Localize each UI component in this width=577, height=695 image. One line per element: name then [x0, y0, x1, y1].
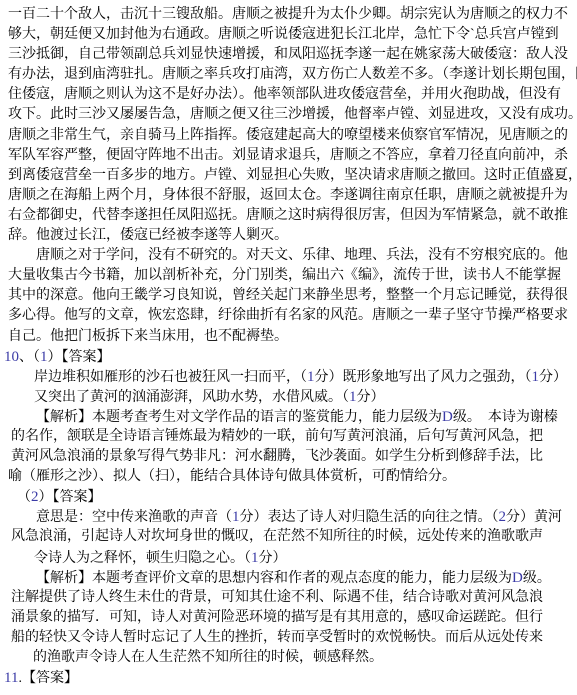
text-line: 唐顺之非常生气，亲自骑马上阵指挥。倭寇建起高大的嘹望楼来侦察官军情况，见唐顺之的: [0, 126, 577, 146]
text-line: 的渔歌声令诗人在人生茫然不知所往的时候，顿感释然。: [0, 648, 577, 668]
text-line: 多心得。他写的文章，恢宏恣肆，纡徐曲折有名家的风范。唐顺之一辈子坚守节操严格要求: [0, 306, 577, 326]
text-line: 唐顺之在海船上两个月，身体很不舒服，返回太仓。李遂调往南京任职，唐顺之就被提升为: [0, 186, 577, 206]
text-line: 住倭寇，唐顺之则认为这不是好办法）。他率领部队进攻倭寇营垒，并用火孢助战，但没有: [0, 85, 577, 105]
latin-text: 11: [4, 670, 18, 686]
text-line: 够大，朝廷便又加封他为右通政。唐顺之听说倭寇进犯长江北岸，急忙下令`总兵宫卢镗到: [0, 25, 577, 45]
latin-text: D: [442, 409, 453, 425]
text-line: 喻（雁形之沙）、拟人（扫），能结合具体诗句做具体赏析，可酌情给分。: [0, 467, 577, 487]
text-line: （2）【答案】: [0, 487, 577, 507]
text-line: 唐顺之对于学问，没有不研究的。对天文、乐律、地理、兵法，没有不穷根究底的。他: [0, 246, 577, 266]
latin-text: 1: [307, 369, 315, 385]
document-page: 一百二十个敌人，击沉十三锼敌船。唐顺之被提升为太仆少卿。胡宗宪认为唐顺之的权力不…: [0, 0, 577, 695]
text-line: 一百二十个敌人，击沉十三锼敌船。唐顺之被提升为太仆少卿。胡宗宪认为唐顺之的权力不: [0, 5, 577, 25]
text-line: 到离倭寇营垒一百多步的地方。卢镗、刘显担心失败，坚决请求唐顺之撤回。这时正值盛夏…: [0, 166, 577, 186]
text-line: 涌景象的描写．可知，诗人对黄河险恶环境的描写是有其用意的，感叹命运蹉跎。但行: [0, 608, 577, 628]
text-line: 【解析】本题考查评价文章的思想内容和作者的观点态度的能力，能力层级为D级。: [0, 568, 577, 588]
latin-text: D: [512, 570, 523, 586]
text-line: 岸边堆积如雁形的沙石也被狂风一扫而平，（1分）既形象地写出了风力之强劲，（1分）: [0, 367, 577, 387]
text-line: 辞。他渡过长江，倭寇已经被李遂等人剿灭。: [0, 226, 577, 246]
text-line: 又突出了黄河的汹涌澎湃，风助水势，水借风威。（1分）: [0, 387, 577, 407]
latin-text: 1: [532, 369, 540, 385]
latin-text: 10: [4, 349, 19, 365]
text-line: 右佥都御史，代替李遂担任凤阳巡抚。唐顺之这时病得很厉害，但因为军情紧急，就不敢推: [0, 206, 577, 226]
latin-text: 1: [251, 550, 259, 566]
text-line: 船的轻快又令诗人暂时忘记了人生的挫折，转而享受暂时的欢悦畅快。而后从远处传来: [0, 628, 577, 648]
text-line: 的名作，颔联是全诗语言锤炼最为精妙的一联，前句写黄河浪涌，后句写黄河风急，把: [0, 427, 577, 447]
text-line: 其中的深意。他向王畿学习良知说，曾经关起门来静坐思考，整整一个月忘记睡觉，获得很: [0, 286, 577, 306]
text-line: 军队军容严整，便固守阵地不出击。刘显请求退兵，唐顺之不答应，拿着刀径直向前冲，杀: [0, 146, 577, 166]
latin-text: 2: [499, 509, 507, 525]
latin-text: 2: [31, 489, 39, 505]
text-line: 三沙抵御，自己带领副总兵刘显快速增援，和凤阳巡抚李遂一起在姚家荡大破倭寇：敌人没: [0, 45, 577, 65]
latin-text: 1: [349, 389, 357, 405]
text-line: 注解提供了诗人终生未仕的背景，可知其仕途不利、际遇不佳，结合诗歌对黄河风急浪: [0, 588, 577, 608]
text-line: 自己。他把门板拆下来当床用，也不配褥垫。: [0, 327, 577, 347]
text-lines: 一百二十个敌人，击沉十三锼敌船。唐顺之被提升为太仆少卿。胡宗宪认为唐顺之的权力不…: [0, 5, 577, 688]
text-line: 风急浪涌，引起诗人对坎坷身世的慨叹，在茫然不知所往的时候，远处传来的渔歌歌声: [0, 527, 577, 547]
text-line: 大量收集古今书籍，加以剖析补充，分门别类，编出六《编》，流传于世，读书人不能掌握: [0, 266, 577, 286]
text-line: 意思是：空中传来渔歌的声音（1分）表达了诗人对归隐生活的向往之情。（2分）黄河: [0, 507, 577, 527]
text-line: 【解析】本题考查考生对文学作品的语言的鉴赏能力，能力层级为D级。 本诗为谢榛: [0, 407, 577, 427]
text-line: 10、（1）【答案】: [0, 347, 577, 367]
text-line: 11.【答案】: [0, 668, 577, 688]
latin-text: 1: [232, 509, 240, 525]
text-line: 攻下。此时三沙又屡屡告急，唐顺之便又往三沙增援，他督率卢镗、刘显进攻，又没有成功…: [0, 105, 577, 125]
text-line: 令诗人为之释怀，顿生归隐之心。（1分）: [0, 548, 577, 568]
text-line: 黄河风急浪涌的景象写得气势非凡：河水翻腾，飞沙袭面。如学生分析到修辞手法，比: [0, 447, 577, 467]
text-line: 有办法，退到庙湾驻扎。唐顺之率兵攻打庙湾，双方伤亡人数差不多。（李遂计划长期包围…: [0, 65, 577, 85]
latin-text: 1: [40, 349, 48, 365]
